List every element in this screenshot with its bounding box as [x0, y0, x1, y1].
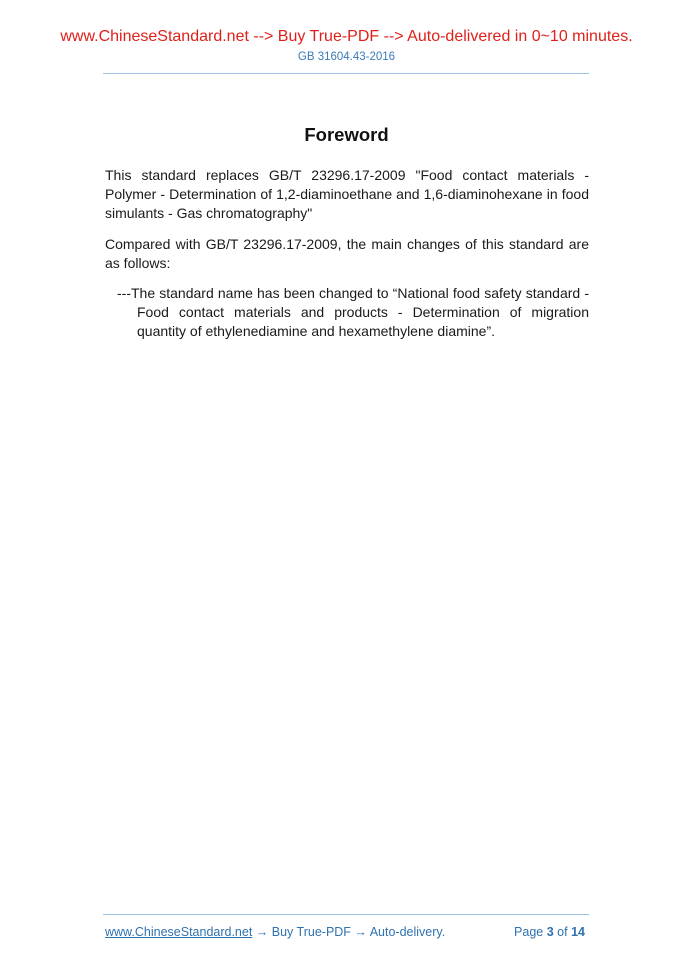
list-item-change: ---The standard name has been changed to…: [117, 284, 589, 341]
footer-site-link[interactable]: www.ChineseStandard.net: [105, 925, 252, 939]
footer-divider: [103, 914, 589, 915]
paragraph-changes-intro: Compared with GB/T 23296.17-2009, the ma…: [105, 235, 589, 273]
document-code: GB 31604.43-2016: [0, 51, 693, 63]
page-current: 3: [547, 925, 554, 939]
page-title: Foreword: [0, 124, 693, 146]
page-total: 14: [571, 925, 585, 939]
header-divider: [103, 73, 589, 74]
footer-promo-text: → Buy True-PDF → Auto-delivery.: [252, 925, 445, 939]
paragraph-replaces: This standard replaces GB/T 23296.17-200…: [105, 166, 589, 223]
page-indicator: Page 3 of 14: [514, 925, 585, 939]
page-label: Page: [514, 925, 543, 939]
promo-banner: www.ChineseStandard.net --> Buy True-PDF…: [0, 28, 693, 46]
of-label: of: [557, 925, 567, 939]
footer-promo: www.ChineseStandard.net → Buy True-PDF →…: [105, 925, 445, 939]
